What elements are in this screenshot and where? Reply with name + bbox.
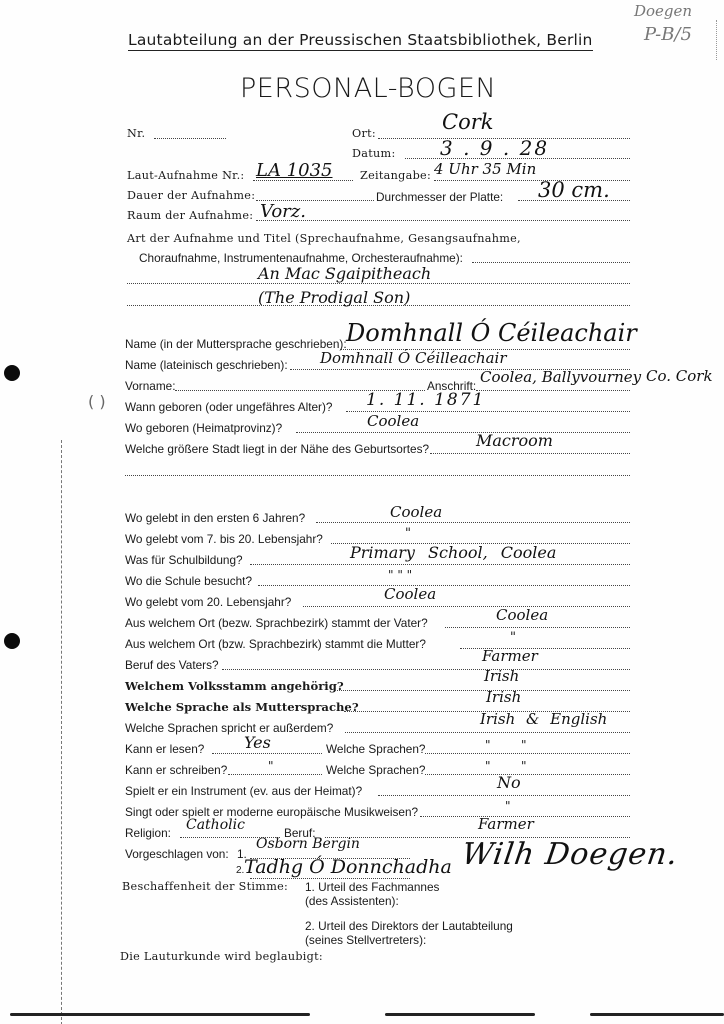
laut-aufnahme-label: Laut-Aufnahme Nr.: xyxy=(127,169,245,183)
schule-value: " " " xyxy=(388,569,412,581)
schreiben-sprachen-label: Welche Sprachen? xyxy=(326,763,425,777)
volksstamm-value: Irish xyxy=(484,669,519,684)
art-label-line2: Choraufnahme, Instrumentenaufnahme, Orch… xyxy=(139,251,463,265)
beglaubigt-label: Die Lauturkunde wird beglaubigt: xyxy=(120,950,323,964)
sprachen-value: Irish & English xyxy=(480,712,607,727)
vater-ort-field[interactable] xyxy=(445,627,630,628)
zeitangabe-value: 4 Uhr 35 Min xyxy=(434,162,536,177)
muttersprache-label: Welche Sprache als Muttersprache? xyxy=(125,700,359,714)
lesen-label: Kann er lesen? xyxy=(125,742,204,756)
nr-label: Nr. xyxy=(127,127,145,141)
name-mutter-label: Name (in der Muttersprache geschrieben): xyxy=(125,337,347,351)
ort-label: Ort: xyxy=(352,127,376,141)
instrument-field[interactable] xyxy=(378,795,630,796)
laut-aufnahme-value: LA 1035 xyxy=(256,162,332,180)
beruf-vater-field[interactable] xyxy=(222,669,630,670)
stadt-label: Welche größere Stadt liegt in der Nähe d… xyxy=(125,442,429,456)
schule-label: Wo die Schule besucht? xyxy=(125,574,252,588)
geburtsort-value: Coolea xyxy=(367,414,419,429)
vorgeschlagen-value-1: Osborn Bergin xyxy=(256,837,360,851)
urteil-direktor-line1: 2. Urteil des Direktors der Lautabteilun… xyxy=(305,919,513,933)
beruf-vater-label: Beruf des Vaters? xyxy=(125,658,219,672)
jahre-7-20-label: Wo gelebt vom 7. bis 20. Lebensjahr? xyxy=(125,532,323,546)
muttersprache-value: Irish xyxy=(486,690,521,705)
bottom-edge-rule xyxy=(10,1013,310,1016)
religion-value: Catholic xyxy=(186,818,245,832)
erste-jahre-value: Coolea xyxy=(390,505,442,520)
schulbildung-value: Primary School, Coolea xyxy=(350,545,556,561)
geboren-value: 1. 11. 1871 xyxy=(366,392,485,409)
vorname-label: Vorname: xyxy=(125,379,176,393)
name-latein-value: Domhnall Ó Céilleachair xyxy=(320,351,507,366)
anschrift-field[interactable] xyxy=(476,390,630,391)
anschrift-value: Coolea, Ballyvourney xyxy=(480,370,641,385)
raum-value: Vorz. xyxy=(260,203,306,221)
religion-label: Religion: xyxy=(125,826,171,840)
vater-ort-value: Coolea xyxy=(496,608,548,623)
punch-hole-bottom xyxy=(4,633,20,649)
titel-field-line1[interactable] xyxy=(127,283,630,284)
musikweisen-label: Singt oder spielt er moderne europäische… xyxy=(125,805,418,819)
art-label-line1: Art der Aufnahme und Titel (Sprechaufnah… xyxy=(127,232,521,246)
urteil-fachmann-line2: (des Assistenten): xyxy=(305,894,399,908)
durchmesser-value: 30 cm. xyxy=(538,180,610,201)
art-field[interactable] xyxy=(472,262,630,263)
ort-value: Cork xyxy=(442,112,493,133)
ab-20-value: Coolea xyxy=(384,587,436,602)
schreiben-label: Kann er schreiben? xyxy=(125,763,227,777)
personal-bogen-form: ( ) Lautabteilung an der Preussischen St… xyxy=(0,0,724,1024)
punch-hole-top xyxy=(4,365,20,381)
schreiben-value: " xyxy=(268,760,274,772)
volksstamm-field[interactable] xyxy=(335,690,630,691)
lesen-sprachen-label: Welche Sprachen? xyxy=(326,742,425,756)
lesen-sprachen-value: " " xyxy=(485,739,527,751)
vater-ort-label: Aus welchem Ort (bezw. Sprachbezirk) sta… xyxy=(125,616,428,630)
archive-note-doegen: Doegen xyxy=(634,2,692,20)
punch-hole-mark: ( ) xyxy=(88,392,106,411)
blank-line[interactable] xyxy=(125,475,630,476)
datum-value: 3 . 9 . 28 xyxy=(440,138,549,158)
urteil-direktor-line2: (seines Stellvertreters): xyxy=(305,933,426,947)
lesen-field[interactable] xyxy=(212,753,322,754)
lesen-sprachen-field[interactable] xyxy=(425,753,630,754)
raum-label: Raum der Aufnahme: xyxy=(127,209,253,223)
sprachen-label: Welche Sprachen spricht er außerdem? xyxy=(125,721,333,735)
ab-20-field[interactable] xyxy=(303,606,630,607)
vorgeschlagen-label: Vorgeschlagen von: xyxy=(125,847,229,861)
page-title: PERSONAL-BOGEN xyxy=(240,73,496,104)
schulbildung-label: Was für Schulbildung? xyxy=(125,553,243,567)
sprachen-field[interactable] xyxy=(345,732,630,733)
erste-jahre-label: Wo gelebt in den ersten 6 Jahren? xyxy=(125,511,305,525)
mutter-ort-value: " xyxy=(510,631,516,644)
beruf-vater-value: Farmer xyxy=(482,649,538,664)
nr-field[interactable] xyxy=(154,138,226,139)
durchmesser-label: Durchmesser der Platte: xyxy=(376,190,503,204)
archive-note-shelfmark: P-B/5 xyxy=(644,24,692,45)
right-edge-mark xyxy=(716,20,718,60)
margin-fold-line xyxy=(61,440,63,1024)
stimme-label: Beschaffenheit der Stimme: xyxy=(122,880,288,894)
jahre-7-20-value: " xyxy=(405,527,411,540)
volksstamm-label: Welchem Volksstamm angehörig? xyxy=(125,679,344,693)
schreiben-sprachen-field[interactable] xyxy=(425,774,630,775)
schreiben-field[interactable] xyxy=(228,774,322,775)
erste-jahre-field[interactable] xyxy=(316,522,630,523)
raum-field[interactable] xyxy=(256,220,630,221)
geboren-label: Wann geboren (oder ungefähres Alter)? xyxy=(125,400,332,414)
anschrift-county-value: Co. Cork xyxy=(646,369,713,384)
name-mutter-value: Domhnall Ó Céileachair xyxy=(346,321,637,345)
vorgeschlagen-value-2: Tadhg Ó Donnchadha xyxy=(244,858,452,877)
schreiben-sprachen-value: " " xyxy=(485,760,527,772)
dauer-label: Dauer der Aufnahme: xyxy=(127,189,255,203)
geburtsort-label: Wo geboren (Heimatprovinz)? xyxy=(125,421,282,435)
zeitangabe-label: Zeitangabe: xyxy=(360,169,431,183)
instrument-value: No xyxy=(497,775,521,791)
titel-value-line2: (The Prodigal Son) xyxy=(258,290,410,306)
datum-label: Datum: xyxy=(352,147,396,161)
mutter-ort-label: Aus welchem Ort (bzw. Sprachbezirk) stam… xyxy=(125,637,426,651)
bottom-edge-rule xyxy=(385,1013,535,1016)
lesen-value: Yes xyxy=(244,735,271,751)
vorgeschlagen-field-2[interactable] xyxy=(250,878,410,879)
musikweisen-value: " xyxy=(505,800,511,812)
urteil-fachmann-line1: 1. Urteil des Fachmannes xyxy=(305,880,439,894)
name-latein-label: Name (lateinisch geschrieben): xyxy=(125,358,288,372)
stadt-value: Macroom xyxy=(476,433,553,449)
titel-value-line1: An Mac Sgaipitheach xyxy=(258,266,431,282)
director-signature: Wilh Doegen. xyxy=(460,840,680,870)
instrument-label: Spielt er ein Instrument (ev. aus der He… xyxy=(125,784,362,798)
ab-20-label: Wo gelebt vom 20. Lebensjahr? xyxy=(125,595,291,609)
schule-field[interactable] xyxy=(258,585,630,586)
geburtsort-field[interactable] xyxy=(296,432,630,433)
beruf-value: Farmer xyxy=(478,817,534,832)
bottom-edge-rule xyxy=(590,1013,724,1016)
schulbildung-field[interactable] xyxy=(250,564,630,565)
institution-header: Lautabteilung an der Preussischen Staats… xyxy=(128,31,593,51)
stadt-field[interactable] xyxy=(430,453,630,454)
